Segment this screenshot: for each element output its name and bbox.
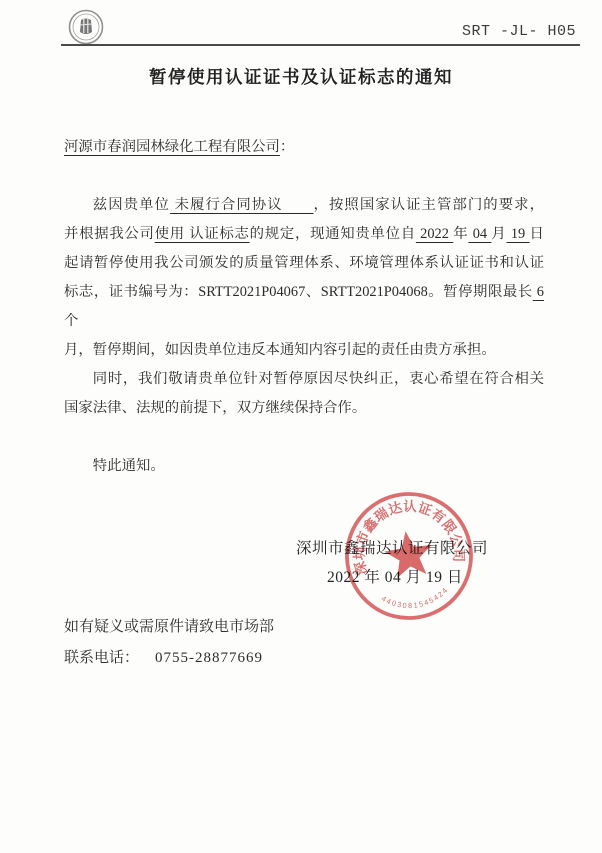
footer-phone-line: 联系电话：0755-28877669 [64,643,274,674]
body-text: ，按照国家认证主管部门的要求， [314,197,544,213]
header-divider [61,44,580,46]
field-year: 2022 [416,226,453,242]
body-line-4: 标志，证书编号为：SRTT2021P04067、SRTT2021P04068。暂… [64,278,544,336]
certifier-emblem-logo-icon [66,7,106,47]
body-line-2: 并根据我公司使用 认证标志的规定，现通知贵单位自 2022 年 04 月 19 … [64,220,544,249]
closing-phrase: 特此通知。 [64,452,544,481]
field-month: 04 [468,226,491,242]
body-text: 月 [491,226,506,242]
notice-body: 河源市春润园林绿化工程有限公司： 兹因贵单位 未履行合同协议 ，按照国家认证主管… [64,133,544,481]
phone-label: 联系电话： [64,650,139,666]
notice-title: 暂停使用认证证书及认证标志的通知 [0,64,602,89]
scanned-notice-page: SRT -JL- H05 暂停使用认证证书及认证标志的通知 河源市春润园林绿化工… [0,0,602,853]
body-text: 日 [530,226,544,242]
recipient-company-name: 河源市春润园林绿化工程有限公司 [64,139,280,155]
footer-note: 如有疑义或需原件请致电市场部 [64,612,274,643]
phone-number: 0755-28877669 [155,650,263,666]
footer-contact: 如有疑义或需原件请致电市场部 联系电话：0755-28877669 [64,612,274,674]
body-line-7: 国家法律、法规的前提下，双方继续保持合作。 [64,394,544,423]
document-code: SRT -JL- H05 [462,23,576,40]
body-text: 年 [453,226,468,242]
field-mark-usage: 使用 认证标志 [155,226,250,242]
body-text: 兹因贵单位 [93,197,170,213]
body-line-1: 兹因贵单位 未履行合同协议 ，按照国家认证主管部门的要求， [64,191,544,220]
field-suspension-reason: 未履行合同协议 [170,197,314,213]
body-line-5: 月，暂停期间，如因贵单位违反本通知内容引起的责任由贵方承担。 [64,336,544,365]
red-company-seal-stamp-icon: 深圳市鑫瑞达认证有限公司 4403081545424 [335,482,483,630]
seal-star-icon [382,528,435,579]
body-line-3: 起请暂停使用我公司颁发的质量管理体系、环境管理体系认证证书和认证 [64,249,544,278]
body-text: 的规定，现通知贵单位自 [250,226,416,242]
recipient-line: 河源市春润园林绿化工程有限公司： [64,133,544,162]
body-line-6: 同时，我们敬请贵单位针对暂停原因尽快纠正，衷心希望在符合相关 [64,365,544,394]
body-text-certificate-numbers: 标志，证书编号为：SRTT2021P04067、SRTT2021P04068。暂… [64,284,533,300]
field-suspension-months: 6 [533,284,544,300]
field-day: 19 [507,226,530,242]
body-text: 个 [64,313,78,329]
body-text: 并根据我公司 [64,226,155,242]
recipient-colon: ： [280,139,294,155]
